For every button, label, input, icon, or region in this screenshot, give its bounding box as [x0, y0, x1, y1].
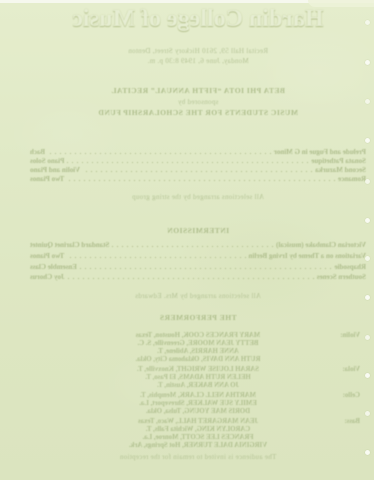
punch-hole: [365, 179, 370, 184]
ghost-performer-name-line: SARAH LOUISE WRIGHT, Knoxville, T.: [30, 366, 366, 374]
punch-hole: [365, 20, 370, 25]
ghost-work-title: Variations on a Theme by Irving Berlin: [249, 252, 366, 260]
scanned-page: Hardin College of Music Recital Hall 59,…: [0, 0, 374, 480]
ghost-performer-name-line: JO ANN BAKER, Austin, T.: [30, 382, 366, 390]
ghost-work-title: Prelude and Fugue in G Minor: [274, 148, 366, 156]
ghost-instrument-label: Cello:: [343, 392, 360, 399]
ghost-program-row: RhapsodieEnsemble Class: [30, 263, 366, 271]
ghost-venue-line: Recital Hall 59, 2610 Hickory Street, De…: [30, 47, 366, 55]
ghost-note-1: All selections arranged by the string gr…: [30, 193, 366, 201]
ghost-date-line: Monday, June 6, 1949 8:30 p. m.: [30, 57, 366, 65]
ghost-performer-credit: Piano Solos: [30, 157, 64, 165]
ghost-program-row: Victorian Clambake (musical)Standard Cla…: [30, 241, 366, 249]
ghost-program-row: Southern ScenesJoy Chorus: [30, 273, 366, 281]
punch-hole: [365, 138, 370, 143]
ghost-performer-credit: Two Pianos: [30, 175, 64, 183]
punch-hole: [365, 335, 370, 340]
dot-leader: [83, 171, 312, 172]
ghost-intermission-heading: INTERMISSION: [30, 226, 366, 235]
ghost-instrument-label: Viola:: [343, 366, 361, 373]
ghost-performers-heading: THE PERFORMERS: [30, 313, 366, 322]
ghost-performer-credit: Ensemble Class: [30, 263, 77, 271]
ghost-title: Hardin College of Music: [30, 6, 366, 33]
dot-leader: [67, 257, 245, 258]
ghost-work-title: Rhapsodie: [334, 263, 366, 271]
ghost-performer-credit: Joy Chorus: [30, 273, 64, 281]
ghost-performer-name-line: MARY FRANCES COOK, Houston, Texas: [30, 332, 366, 340]
punch-hole: [365, 60, 370, 65]
punch-hole: [365, 295, 370, 300]
ghost-performer-credit: Violin and Piano: [30, 166, 80, 174]
bleed-through-layer: Hardin College of Music Recital Hall 59,…: [0, 0, 374, 480]
ghost-performer-credit: Two Pianos: [30, 252, 64, 260]
ghost-work-title: Victorian Clambake (musical): [276, 241, 366, 249]
ghost-performer-group: Cello:MARTHA NELL CLARK, Memphis, T.EMIL…: [30, 392, 366, 416]
ghost-instrument-label: Bass:: [345, 418, 361, 425]
ghost-work-title: Southern Scenes: [317, 273, 366, 281]
dot-leader: [80, 268, 332, 269]
ghost-program-row: Second MazurkaViolin and Piano: [30, 166, 366, 174]
ghost-performer-credit: Bach: [30, 148, 45, 156]
ghost-performer-name-line: JEAN MARGARET HALL, Waco, Texas: [30, 418, 366, 426]
ghost-performer-name-line: RUTH ANN DAVIS, Oklahoma City, Okla.: [30, 356, 366, 364]
ghost-performer-name-line: EMILY SUE WALKER, Shreveport, La.: [30, 400, 366, 408]
punch-hole: [365, 373, 370, 378]
ghost-performer-name-line: HELEN RUTH ADAMS, El Paso, T.: [30, 374, 366, 382]
ghost-performer-credit: Standard Clarinet Quintet: [30, 241, 109, 249]
punch-hole: [365, 411, 370, 416]
dot-leader: [67, 180, 335, 181]
ghost-performer-names: SARAH LOUISE WRIGHT, Knoxville, T.HELEN …: [30, 366, 366, 390]
ghost-work-title: Romance: [338, 175, 366, 183]
ghost-performer-name-line: ANNE HARRIS, Abilene, T.: [30, 348, 366, 356]
ghost-footer-line: The audience is invited to remain for th…: [30, 453, 366, 461]
ghost-performer-names: JEAN MARGARET HALL, Waco, TexasCAROLYN K…: [30, 418, 366, 450]
ghost-performer-group: Bass:JEAN MARGARET HALL, Waco, TexasCARO…: [30, 418, 366, 450]
punch-hole: [365, 450, 370, 455]
punch-hole: [365, 99, 370, 104]
dot-leader: [67, 278, 313, 279]
ghost-performer-name-line: MARTHA NELL CLARK, Memphis, T.: [30, 392, 366, 400]
ghost-program-row: Prelude and Fugue in G MinorBach: [30, 148, 366, 156]
ghost-instrument-label: Violin:: [340, 332, 360, 339]
ghost-program-row: Sonata PathetiquePiano Solos: [30, 157, 366, 165]
dot-leader: [112, 246, 273, 247]
ghost-performer-name-line: CAROLYN KING, Wichita Falls, T.: [30, 426, 366, 434]
ghost-performer-names: MARY FRANCES COOK, Houston, TexasBETTY J…: [30, 332, 366, 364]
ghost-performer-names: MARTHA NELL CLARK, Memphis, T.EMILY SUE …: [30, 392, 366, 416]
ghost-performer-group: Violin:MARY FRANCES COOK, Houston, Texas…: [30, 332, 366, 364]
dot-leader: [48, 153, 271, 154]
ghost-work-title: Sonata Pathetique: [311, 157, 366, 165]
ghost-page-content: Hardin College of Music Recital Hall 59,…: [30, 0, 366, 480]
ghost-program-row: RomanceTwo Pianos: [30, 175, 366, 183]
ghost-sponsor-name: MUSIC STUDENTS FOR THE SCHOLARSHIP FUND: [30, 108, 366, 117]
ghost-performer-name-line: DORIS MAE YOUNG, Tulsa, Okla.: [30, 408, 366, 416]
ghost-program-row: Variations on a Theme by Irving BerlinTw…: [30, 252, 366, 260]
ghost-performer-name-line: BETTY JEAN MOORE, Greenville, S. C.: [30, 340, 366, 348]
ghost-performer-name-line: FRANCES LEE SCOTT, Monroe, La.: [30, 434, 366, 442]
ghost-performer-group: Viola:SARAH LOUISE WRIGHT, Knoxville, T.…: [30, 366, 366, 390]
ghost-performer-name-line: VIRGINIA DALE TURNER, Hot Springs, Ark.: [30, 442, 366, 450]
ghost-note-2: All selections arranged by Mrs. Edwards: [30, 292, 366, 300]
dot-leader: [67, 162, 308, 163]
punch-hole: [365, 218, 370, 223]
ghost-sponsored-by: sponsored by: [30, 98, 366, 106]
ghost-work-title: Second Mazurka: [315, 166, 366, 174]
punch-hole: [365, 256, 370, 261]
ghost-program-heading: BETA PHI IOTA “FIFTH ANNUAL” RECITAL: [30, 86, 366, 95]
